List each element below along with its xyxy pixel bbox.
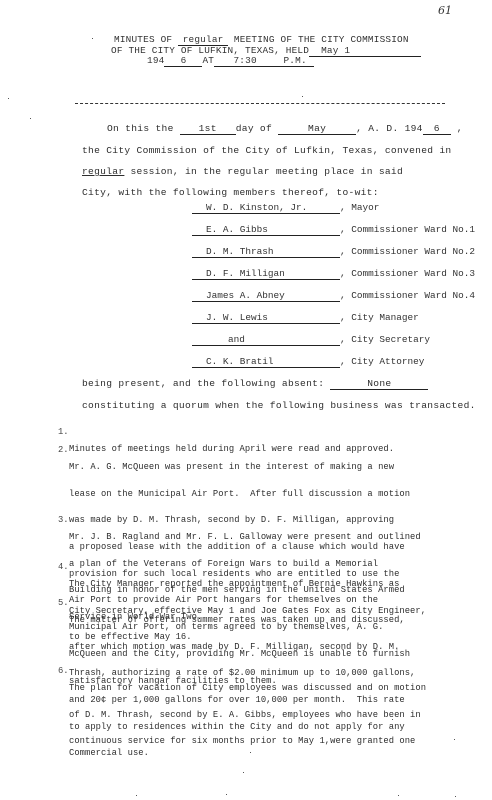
item-6: 6. The plan for vacation of City employe… xyxy=(58,666,77,720)
member-row: E. A. Gibbs, Commissioner Ward No.1 xyxy=(192,224,475,236)
member-name: and xyxy=(192,334,340,346)
separator-dashed xyxy=(75,103,445,105)
page-number: 61 xyxy=(438,4,452,17)
absent-label: being present, and the following absent: xyxy=(82,378,324,389)
item-number: 1. xyxy=(58,427,69,437)
absent-field: None xyxy=(330,379,428,390)
member-name: D. M. Thrash xyxy=(192,246,340,258)
member-row: C. K. Bratil, City Attorney xyxy=(192,356,424,368)
scan-speck xyxy=(398,795,399,796)
item-line: The matter of offering summer rates was … xyxy=(69,616,415,625)
scan-speck xyxy=(243,772,244,773)
scan-speck xyxy=(30,118,31,119)
member-title: , City Attorney xyxy=(340,356,424,367)
scan-speck xyxy=(302,96,303,97)
member-title: , Commissioner Ward No.1 xyxy=(340,224,475,235)
scan-speck xyxy=(392,719,393,720)
header-line-3: 1946AT7:30P.M. xyxy=(147,56,314,67)
member-row: D. M. Thrash, Commissioner Ward No.2 xyxy=(192,246,475,258)
member-row: and, City Secretary xyxy=(192,334,430,346)
member-title: , Commissioner Ward No.2 xyxy=(340,246,475,257)
item-line: The City Manager reported the appointmen… xyxy=(69,580,426,589)
member-row: J. W. Lewis, City Manager xyxy=(192,312,419,324)
ampm-field: P.M. xyxy=(276,56,314,67)
item-line: of D. M. Thrash, second by E. A. Gibbs, … xyxy=(69,711,426,720)
intro-text: session, in the regular meeting place in… xyxy=(130,166,403,177)
member-row: James A. Abney, Commissioner Ward No.4 xyxy=(192,290,475,302)
scan-speck xyxy=(136,795,137,796)
held-date-field: May 1 xyxy=(309,46,421,57)
quorum-line: constituting a quorum when the following… xyxy=(82,400,476,411)
member-row: W. D. Kinston, Jr., Mayor xyxy=(192,202,379,214)
member-title: , Commissioner Ward No.3 xyxy=(340,268,475,279)
absent-line: being present, and the following absent:… xyxy=(82,378,428,390)
intro-line-4: City, with the following members thereof… xyxy=(82,187,379,198)
item-number: 2. xyxy=(58,445,69,455)
scan-speck xyxy=(226,794,227,795)
scan-speck xyxy=(454,739,455,740)
member-title: , Mayor xyxy=(340,202,379,213)
item-2: 2. Mr. A. G. McQueen was present in the … xyxy=(58,445,77,499)
scan-speck xyxy=(92,38,93,39)
scan-speck xyxy=(250,752,251,753)
intro-text: On this the xyxy=(107,123,174,134)
time-field: 7:30 xyxy=(214,56,276,67)
item-3: 3. Mr. J. B. Ragland and Mr. F. L. Gallo… xyxy=(58,515,77,569)
item-line: Mr. J. B. Ragland and Mr. F. L. Galloway… xyxy=(69,533,421,542)
intro-text: day of xyxy=(236,123,272,134)
item-text: The plan for vacation of City employees … xyxy=(69,666,426,764)
item-number: 5. xyxy=(58,598,69,608)
item-number: 6. xyxy=(58,666,69,676)
item-number: 4. xyxy=(58,562,69,572)
member-name: D. F. Milligan xyxy=(192,268,340,280)
year-prefix: 194 xyxy=(147,55,164,66)
day-field: 1st xyxy=(180,124,236,135)
session-type: regular xyxy=(82,166,124,177)
intro-line-2: the City Commission of the City of Lufki… xyxy=(82,145,452,156)
item-5: 5. The matter of offering summer rates w… xyxy=(58,598,77,652)
year-field: 6 xyxy=(164,56,202,67)
intro-line-1: On this the 1stday of May, A. D. 1946 , xyxy=(107,123,463,135)
member-name: J. W. Lewis xyxy=(192,312,340,324)
member-name: James A. Abney xyxy=(192,290,340,302)
scan-speck xyxy=(8,98,9,99)
month-field: May xyxy=(278,124,356,135)
intro-text: , A. D. 194 xyxy=(356,123,423,134)
member-name: C. K. Bratil xyxy=(192,356,340,368)
member-title: , City Secretary xyxy=(340,334,430,345)
item-line: continuous service for six months prior … xyxy=(69,737,426,746)
scan-speck xyxy=(455,796,456,797)
at-label: AT xyxy=(202,55,214,66)
member-title: , Commissioner Ward No.4 xyxy=(340,290,475,301)
item-line: Mr. A. G. McQueen was present in the int… xyxy=(69,463,410,472)
member-row: D. F. Milligan, Commissioner Ward No.3 xyxy=(192,268,475,280)
item-line: lease on the Municipal Air Port. After f… xyxy=(69,490,410,499)
header-suffix: MEETING OF THE CITY COMMISSION xyxy=(234,34,409,45)
item-line: after which motion was made by D. F. Mil… xyxy=(69,643,415,652)
member-name: E. A. Gibbs xyxy=(192,224,340,236)
item-number: 3. xyxy=(58,515,69,525)
item-line: The plan for vacation of City employees … xyxy=(69,684,426,693)
header-prefix: MINUTES OF xyxy=(114,34,172,45)
member-title: , City Manager xyxy=(340,312,419,323)
member-name: W. D. Kinston, Jr. xyxy=(192,202,340,214)
intro-year-field: 6 xyxy=(423,124,451,135)
intro-line-3: regular session, in the regular meeting … xyxy=(82,166,403,177)
